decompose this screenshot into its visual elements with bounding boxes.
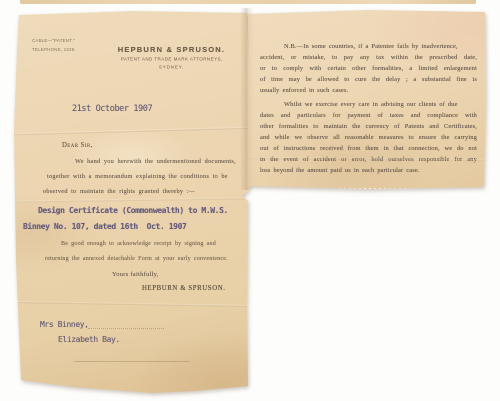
notice-line: accident, or mistake, to pay any tax wit… <box>260 54 477 61</box>
request-line: Be good enough to acknowledge receipt by… <box>61 241 216 247</box>
scanned-letter: CABLE—"PATENT." TELEPHONE, 1325. HEPBURN… <box>0 0 500 401</box>
typed-subject-line: Binney No. 107, dated 16th Oct. 1907 <box>23 222 186 231</box>
valediction: Yours faithfully, <box>112 271 159 278</box>
body-line: together with a memorandum explaining th… <box>47 173 228 180</box>
letterhead-telephone-line: TELEPHONE, 1325. <box>32 48 76 52</box>
fold-crease <box>14 301 251 307</box>
fold-crease <box>14 127 251 136</box>
addressee-rule <box>88 318 164 329</box>
document-sheet: CABLE—"PATENT." TELEPHONE, 1325. HEPBURN… <box>0 0 500 401</box>
acknowledgement-rule <box>74 351 190 362</box>
letterhead-cable-line: CABLE—"PATENT." <box>32 39 75 43</box>
notice-line: other formalities to maintain the curren… <box>260 123 477 130</box>
letter-page: CABLE—"PATENT." TELEPHONE, 1325. HEPBURN… <box>14 10 251 396</box>
letterhead-profession: PATENT AND TRADE MARK ATTORNEYS, <box>121 57 223 62</box>
letter-date: 21st October 1907 <box>72 104 152 114</box>
notice-line: in the event of accident or error, hold … <box>260 156 477 163</box>
perforated-edge <box>251 188 483 191</box>
addressee-place: Elizabeth Bay. <box>58 335 120 344</box>
request-line: returning the annexed detachable Form at… <box>45 256 228 262</box>
salutation: Dear Sir, <box>62 142 93 149</box>
body-line: We hand you herewith the undermentioned … <box>75 158 236 165</box>
notice-line: dates and particulars for payment of tax… <box>260 112 477 119</box>
addressee-name: Mrs Binney, <box>40 320 89 329</box>
typed-subject-line: Design Certificate (Commonwealth) to M.W… <box>38 206 228 215</box>
notice-line: Whilst we exercise every care in advisin… <box>284 101 477 108</box>
notice-line: of time may be allowed to cure the delay… <box>260 76 477 83</box>
notice-line: loss beyond the amount paid us in each p… <box>260 167 420 174</box>
notice-page: N.B.—In some countries, if a Patentee fa… <box>247 8 487 191</box>
notice-line: N.B.—In some countries, if a Patentee fa… <box>284 43 477 50</box>
signature: HEPBURN & SPRUSON. <box>142 285 226 292</box>
letterhead-city: SYDNEY. <box>121 65 223 70</box>
notice-line: out of instructions received from them i… <box>260 145 477 152</box>
notice-line: or to comply with certain other formalit… <box>260 65 477 72</box>
notice-line: and while we observe all reasonable meas… <box>260 134 477 141</box>
fold-crease <box>14 197 251 202</box>
notice-line: usually enforced in such cases. <box>260 87 348 94</box>
body-line: observed to maintain the rights granted … <box>43 188 195 195</box>
letterhead-firm-name: HEPBURN & SPRUSON. <box>99 45 244 54</box>
